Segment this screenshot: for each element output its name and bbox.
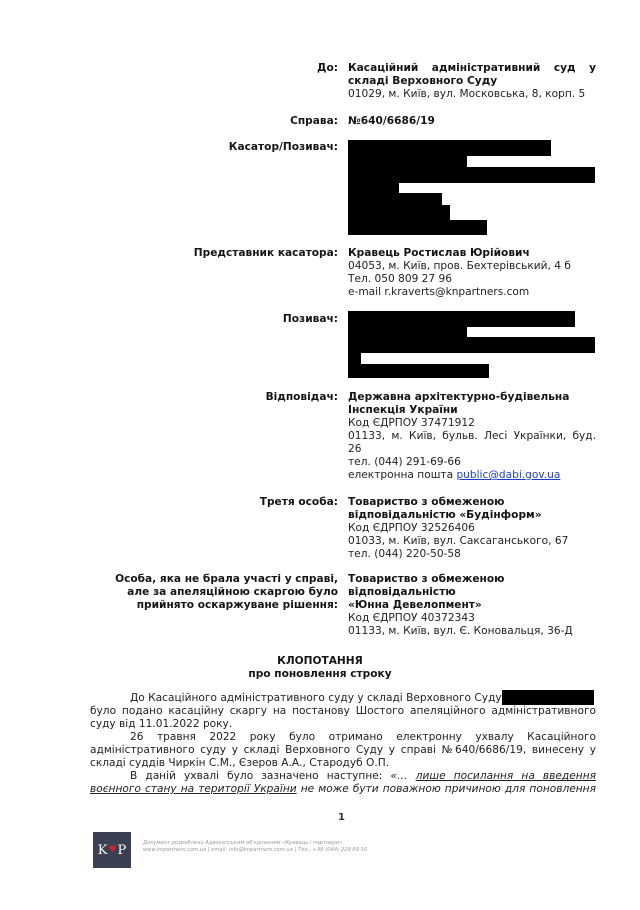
- email-prefix: e-mail: [348, 286, 381, 298]
- p1-line2: було подано касаційну скаргу на постанов…: [90, 705, 596, 718]
- third-party-name-line2: відповідальністю «Будінформ»: [348, 509, 596, 522]
- third-party-name-line1: Товариство з обмеженою: [348, 496, 596, 509]
- p3-rest: не може бути поважною причиною для понов…: [301, 783, 596, 795]
- p2-line3: складі суддів Чиркін С.М., Єзеров А.А., …: [90, 757, 596, 770]
- footer-line1: Документ розроблено Адвокатським об'єдна…: [143, 840, 367, 847]
- p3-plain: В даній ухвалі було зазначено наступне:: [130, 770, 382, 782]
- p2-line1: 26 травня 2022 року було отримано електр…: [90, 731, 596, 744]
- respondent-email-line: електронна пошта public@dabi.gov.ua: [348, 469, 596, 482]
- non-party-label: Особа, яка не брала участі у справі, але…: [115, 573, 338, 612]
- heart-icon: ♥: [108, 845, 116, 855]
- respondent-name-line2: Інспекція України: [348, 404, 596, 417]
- p3-underlined-2: воєнного стану на території України: [90, 783, 297, 795]
- non-party-label-line2: але за апеляційною скаргою було: [115, 586, 338, 599]
- respondent-phone: тел. (044) 291-69-66: [348, 456, 596, 469]
- non-party-address: 01133, м. Київ, вул. Є. Коновальця, 36-Д: [348, 625, 596, 638]
- case-label: Справа:: [290, 115, 338, 128]
- firm-logo: K♥P: [93, 832, 131, 868]
- representative-phone: Тел. 050 809 27 96: [348, 273, 596, 286]
- representative-email: r.kraverts@knpartners.com: [384, 286, 529, 298]
- document-page: До: Касаційний адміністративний суд у ск…: [0, 0, 640, 910]
- respondent-name-line1: Державна архітектурно-будівельна: [348, 391, 596, 404]
- page-number: 1: [338, 812, 345, 823]
- document-title: КЛОПОТАННЯ: [0, 655, 640, 668]
- p2-line2: адміністративного суду у складі Верховно…: [90, 744, 596, 757]
- third-party-phone: тел. (044) 220-50-58: [348, 548, 596, 561]
- p3-underlined-1: лише посилання на введення: [416, 770, 596, 782]
- respondent-email-link[interactable]: public@dabi.gov.ua: [456, 469, 560, 481]
- p1-line3: суду від 11.01.2022 року.: [90, 718, 596, 731]
- addressee-label: До:: [317, 62, 338, 75]
- appellant-label: Касатор/Позивач:: [229, 141, 338, 154]
- third-party-label: Третя особа:: [260, 496, 338, 509]
- body-text: До Касаційного адміністративного суду у …: [90, 692, 596, 796]
- non-party-name-line3: «Юнна Девелопмент»: [348, 599, 596, 612]
- non-party-name-line2: відповідальністю: [348, 586, 596, 599]
- third-party-code: Код ЄДРПОУ 32526406: [348, 522, 596, 535]
- footer-text: Документ розроблено Адвокатським об'єдна…: [143, 840, 367, 854]
- logo-letter-k: K: [98, 843, 108, 858]
- p3-quote-start: «…: [390, 770, 407, 782]
- third-party-address: 01033, м. Київ, вул. Саксаганського, 67: [348, 535, 596, 548]
- footer-line2: www.knpartners.com.ua | email: info@knpa…: [143, 847, 367, 854]
- respondent-label: Відповідач:: [266, 391, 338, 404]
- body-redaction: [502, 690, 594, 705]
- representative-name: Кравець Ростислав Юрійович: [348, 247, 596, 260]
- plaintiff-label: Позивач:: [283, 313, 338, 326]
- addressee-name-line1: Касаційний адміністративний суд у: [348, 62, 596, 75]
- logo-letter-p: P: [118, 843, 127, 858]
- non-party-label-line1: Особа, яка не брала участі у справі,: [115, 573, 338, 586]
- non-party-label-line3: прийнято оскаржуване рішення:: [115, 599, 338, 612]
- respondent-address-line1: 01133, м. Київ, бульв. Лесі Українки, бу…: [348, 430, 596, 443]
- addressee-name-line2: складі Верховного Суду: [348, 75, 596, 88]
- addressee-address: 01029, м. Київ, вул. Московська, 8, корп…: [348, 88, 596, 101]
- non-party-name-line1: Товариство з обмеженою: [348, 573, 596, 586]
- respondent-address-line2: 26: [348, 443, 596, 456]
- non-party-code: Код ЄДРПОУ 40372343: [348, 612, 596, 625]
- document-subtitle: про поновлення строку: [0, 668, 640, 681]
- p3-line1: В даній ухвалі було зазначено наступне: …: [90, 770, 596, 783]
- case-number: №640/6686/19: [348, 115, 596, 128]
- p3-line2: воєнного стану на території України не м…: [90, 783, 596, 796]
- representative-email-line: e-mail r.kraverts@knpartners.com: [348, 286, 596, 299]
- representative-label: Представник касатора:: [194, 247, 338, 260]
- representative-address: 04053, м. Київ, пров. Бехтерівський, 4 б: [348, 260, 596, 273]
- email-prefix: електронна пошта: [348, 469, 453, 481]
- respondent-code: Код ЄДРПОУ 37471912: [348, 417, 596, 430]
